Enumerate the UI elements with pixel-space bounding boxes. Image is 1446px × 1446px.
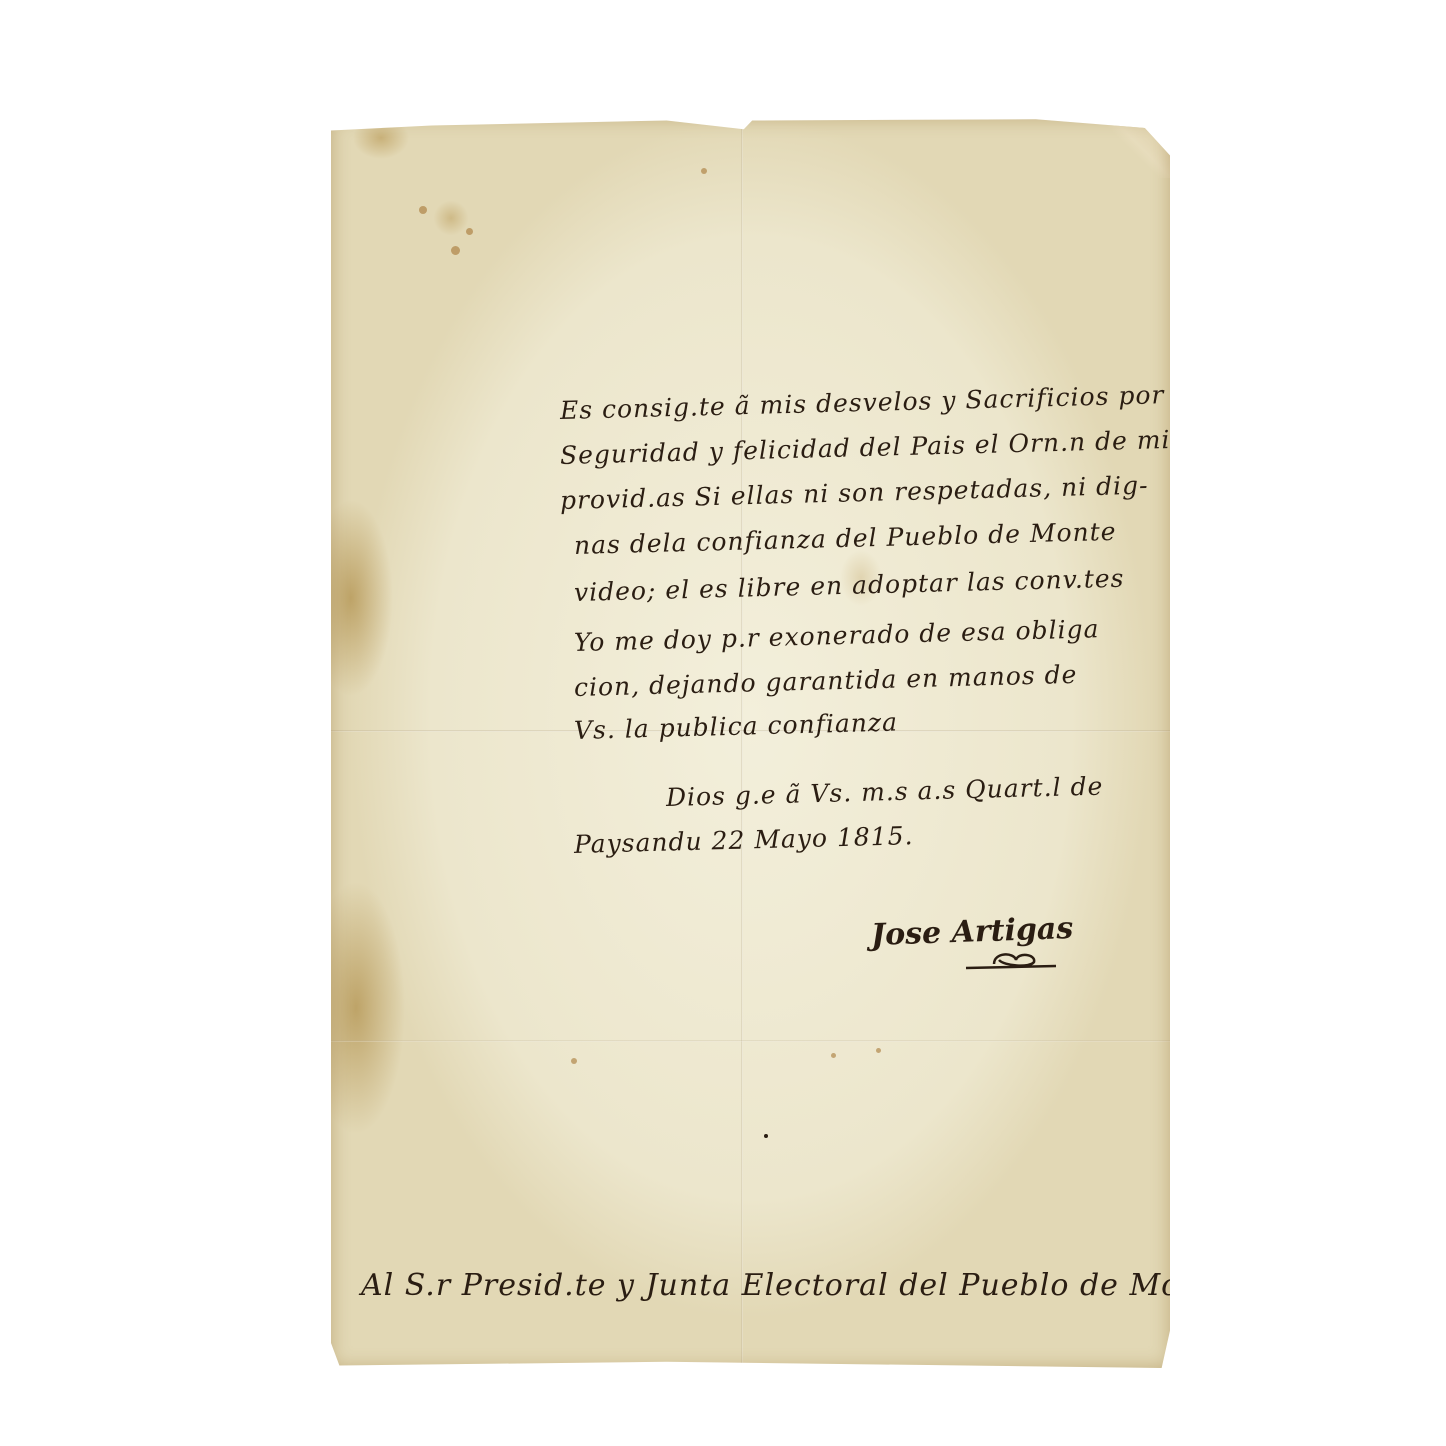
address-line: Al S.r Presid.te y Junta Electoral del P… [361,1268,1243,1303]
foxing-spot [831,1053,836,1058]
foxing-spot [701,168,707,174]
closing-line-1: Dios g.e ã Vs. m.s a.s Quart.l de [666,772,1104,812]
body-line-2: Seguridad y felicidad del Pais el Orn.n … [560,425,1185,470]
signature: Jose Artigas [870,911,1073,953]
closing-line-2: Paysandu 22 Mayo 1815. [574,821,914,859]
foxing-spot [466,228,473,235]
letter-sheet: Es consig.te ã mis desvelos y Sacrificio… [331,118,1170,1368]
vertical-fold-crease [741,118,743,1368]
body-line-6: Yo me doy p.r exonerado de esa obliga [574,614,1100,657]
aged-edge-shading [331,118,1170,1368]
ink-dot [764,1134,768,1138]
body-line-5: video; el es libre en adoptar las conv.t… [574,564,1125,607]
foxing-spot [451,246,460,255]
body-line-7: cion, dejando garantida en manos de [574,660,1078,702]
body-line-3: provid.as Si ellas ni son respetadas, ni… [560,471,1149,515]
foxing-spot [419,206,427,214]
folded-corner [1100,118,1170,178]
body-line-8: Vs. la publica confianza [574,708,899,745]
body-line-1: Es consig.te ã mis desvelos y Sacrificio… [560,379,1199,425]
foxing-spot [571,1058,577,1064]
signature-rubric [964,948,1059,970]
body-line-4: nas dela confianza del Pueblo de Monte [574,517,1117,560]
foxing-spot [876,1048,881,1053]
horizontal-fold-crease-lower [331,1040,1170,1042]
